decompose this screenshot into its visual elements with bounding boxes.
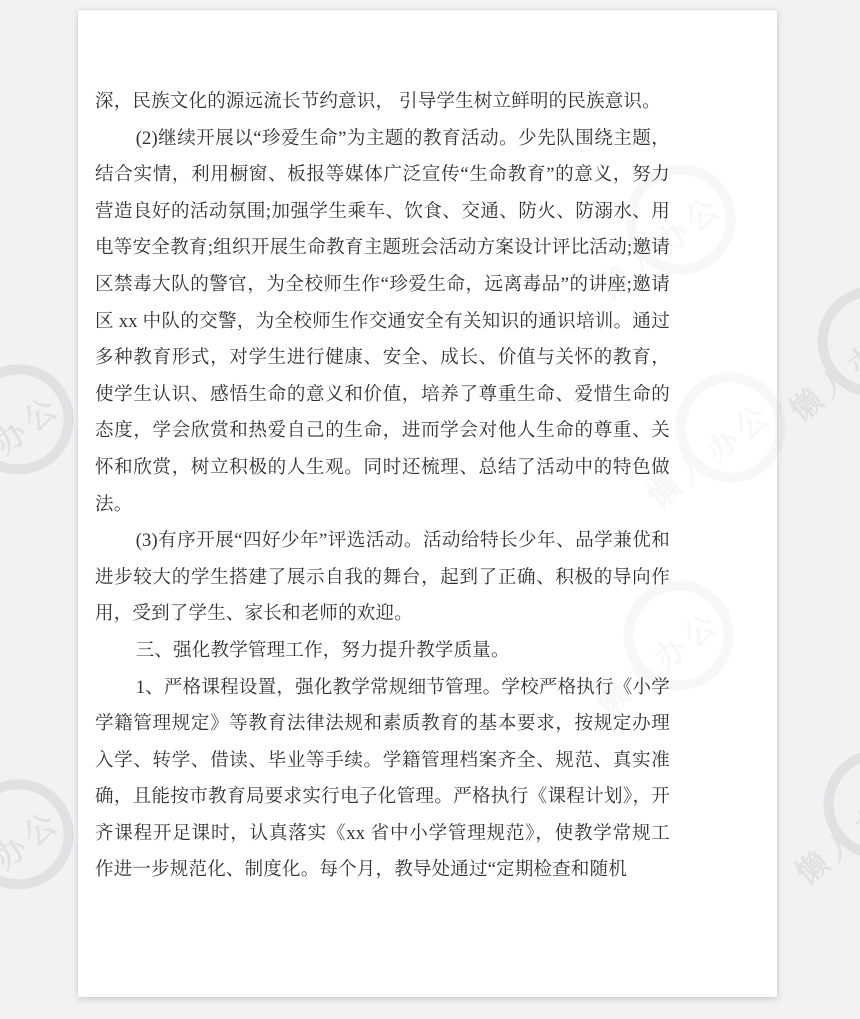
document-body: 深，民族文化的源远流长节约意识， 引导学生树立鲜明的民族意识。 (2)继续开展以… [95, 84, 670, 889]
paragraph: 深，民族文化的源远流长节约意识， 引导学生树立鲜明的民族意识。 [95, 84, 670, 121]
watermark: 懒人办公 [0, 383, 67, 506]
watermark: 懒人办公 [780, 305, 860, 428]
document-viewer-background: 懒人办公 懒人办公 懒人办公 懒人办公 懒人办公 懒人办公 懒人办公 深，民族文… [0, 0, 860, 1019]
watermark-text: 懒人办公 [0, 796, 68, 923]
paragraph: (3)有序开展“四好少年”评选活动。活动给特长少年、品学兼优和进步较大的学生搭建… [95, 523, 670, 633]
watermark-ring-icon [801, 727, 860, 881]
watermark-ring-icon [795, 264, 860, 418]
watermark-text: 懒人办公 [784, 766, 860, 893]
paragraph: (2)继续开展以“珍爱生命”为主题的教育活动。少先队围绕主题，结合实情，利用橱窗… [95, 121, 670, 524]
paragraph: 三、强化教学管理工作，努力提升教学质量。 [95, 633, 670, 670]
watermark: 懒人办公 [786, 768, 860, 891]
paragraph: 1、严格课程设置，强化教学常规细节管理。学校严格执行《小学学籍管理规定》等教育法… [95, 670, 670, 890]
watermark-text: 懒人办公 [778, 303, 860, 430]
watermark-text: 懒人办公 [0, 381, 68, 508]
watermark: 懒人办公 [0, 798, 67, 921]
